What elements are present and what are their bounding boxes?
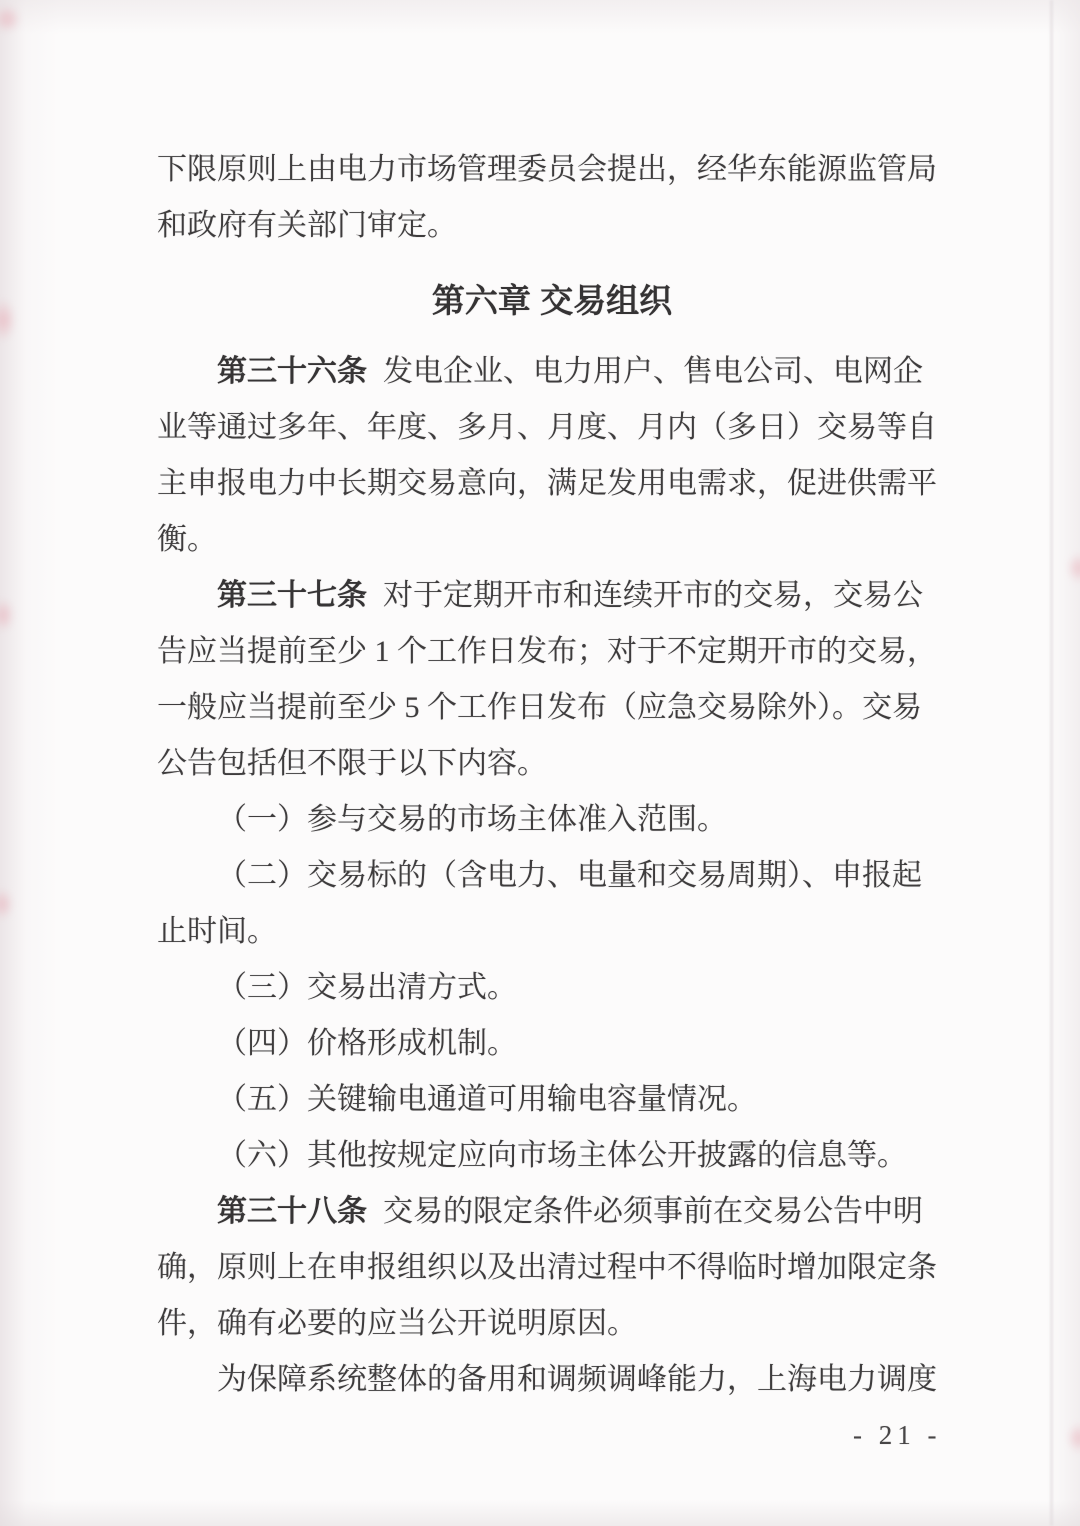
- text-line: （五）关键输电通道可用输电容量情况。: [157, 1072, 947, 1128]
- scan-smudge: [0, 600, 11, 630]
- scan-smudge: [0, 890, 10, 918]
- chapter-heading: 第六章 交易组织: [157, 273, 947, 329]
- text-line: 确，原则上在申报组织以及出清过程中不得临时增加限定条: [157, 1240, 947, 1296]
- text-line: 告应当提前至少 1 个工作日发布；对于不定期开市的交易，: [157, 624, 947, 680]
- page-crease: [1050, 0, 1053, 1526]
- text-line: （一）参与交易的市场主体准入范围。: [157, 792, 947, 848]
- document-body: 下限原则上由电力市场管理委员会提出，经华东能源监管局和政府有关部门审定。第六章 …: [157, 142, 947, 1408]
- scan-smudge: [1070, 1425, 1080, 1451]
- text-line: （六）其他按规定应向市场主体公开披露的信息等。: [157, 1128, 947, 1184]
- text-line: （三）交易出清方式。: [157, 960, 947, 1016]
- text-line: （四）价格形成机制。: [157, 1016, 947, 1072]
- text-line: 一般应当提前至少 5 个工作日发布（应急交易除外）。交易: [157, 680, 947, 736]
- scan-edge-left: [0, 0, 58, 1526]
- text-line: 第三十八条交易的限定条件必须事前在交易公告中明: [157, 1184, 947, 1240]
- scan-edge-bottom: [0, 1500, 1080, 1526]
- scan-edge-right: [1050, 0, 1080, 1526]
- text-line: 为保障系统整体的备用和调频调峰能力，上海电力调度: [157, 1352, 947, 1408]
- article-number: 第三十七条: [217, 579, 367, 612]
- scan-smudge: [0, 8, 18, 30]
- page-number: - 21 -: [853, 1420, 941, 1451]
- text-line: 公告包括但不限于以下内容。: [157, 736, 947, 792]
- scan-smudge: [0, 300, 12, 340]
- article-number: 第三十八条: [217, 1195, 367, 1228]
- document-page: 下限原则上由电力市场管理委员会提出，经华东能源监管局和政府有关部门审定。第六章 …: [0, 0, 1080, 1526]
- text-line: 止时间。: [157, 904, 947, 960]
- text-line: 业等通过多年、年度、多月、月度、月内（多日）交易等自: [157, 400, 947, 456]
- text-line: 衡。: [157, 512, 947, 568]
- text-line: 件，确有必要的应当公开说明原因。: [157, 1296, 947, 1352]
- text-line: 下限原则上由电力市场管理委员会提出，经华东能源监管局: [157, 142, 947, 198]
- text-line: 和政府有关部门审定。: [157, 198, 947, 254]
- scan-smudge: [1070, 555, 1080, 581]
- text-line: 第三十七条对于定期开市和连续开市的交易，交易公: [157, 568, 947, 624]
- text-line: 主申报电力中长期交易意向，满足发用电需求，促进供需平: [157, 456, 947, 512]
- text-line: （二）交易标的（含电力、电量和交易周期）、申报起: [157, 848, 947, 904]
- scan-edge-top: [0, 0, 1080, 34]
- text-line: 第三十六条发电企业、电力用户、售电公司、电网企: [157, 344, 947, 400]
- article-number: 第三十六条: [217, 355, 367, 388]
